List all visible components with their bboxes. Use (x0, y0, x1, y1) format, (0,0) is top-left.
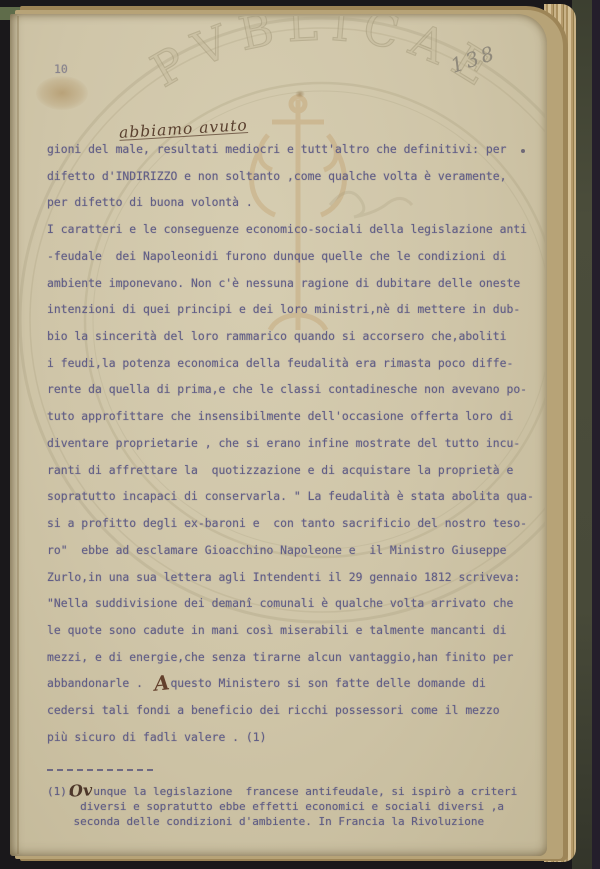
typed-line: intenzioni di quei principi e dei loro m… (47, 296, 547, 323)
typed-line: sopratutto incapaci di conservarla. " La… (47, 483, 547, 510)
typed-line: Zurlo,in una sua lettera agli Intendenti… (47, 564, 547, 591)
typed-line: bio la sincerità del loro rammarico quan… (47, 323, 547, 350)
typed-line: "Nella suddivisione dei demanî comunali … (47, 590, 547, 617)
typed-body-text: gioni del male, resultati mediocri e tut… (47, 136, 547, 751)
typed-line: cedersi tali fondi a beneficio dei ricch… (47, 697, 547, 724)
typed-line: diventare proprietarie , che si erano in… (47, 430, 547, 457)
typed-line: ambiente imponevano. Non c'è nessuna rag… (47, 270, 547, 297)
typed-line: -feudale dei Napoleonidi furono dunque q… (47, 243, 547, 270)
typed-line: i feudi,la potenza economica della feuda… (47, 350, 547, 377)
page-fold-crease (17, 16, 19, 854)
footnote-line: (1). unque la legislazione francese anti… (47, 784, 537, 799)
page-number: 10 (54, 62, 68, 76)
typed-line: abbandonarle . questo Ministero si son f… (47, 670, 547, 697)
typed-line: rente da quella di prima,e che le classi… (47, 376, 547, 403)
typed-line: per difetto di buona volontà . (47, 189, 547, 216)
scanned-book-page-photo: PVBLICAE 10 138 abbiamo avuto gioni del … (0, 0, 600, 869)
footnote-separator (47, 769, 153, 771)
footnote-line: seconda delle condizioni d'ambiente. In … (47, 814, 537, 829)
typed-line: ro" ebbe ad esclamare Gioacchino Napoleo… (47, 537, 547, 564)
typed-line: tuto approfittare che insensibilmente de… (47, 403, 547, 430)
typed-line: si a profitto degli ex-baroni e con tant… (47, 510, 547, 537)
typed-line: le quote sono cadute in mani così misera… (47, 617, 547, 644)
footnote-text: (1). unque la legislazione francese anti… (47, 784, 537, 830)
typed-line: difetto d'INDIRIZZO e non soltanto ,come… (47, 163, 547, 190)
footnote-line: diversi e sopratutto ebbe effetti econom… (47, 799, 537, 814)
typed-line: I caratteri e le conseguenze economico-s… (47, 216, 547, 243)
typed-line: ranti di affrettare la quotizzazione e d… (47, 457, 547, 484)
typed-line: gioni del male, resultati mediocri e tut… (47, 136, 547, 163)
typed-line: più sicuro di fadli valere . (1) (47, 724, 547, 751)
typed-line: mezzi, e di energie,che senza tirarne al… (47, 644, 547, 671)
